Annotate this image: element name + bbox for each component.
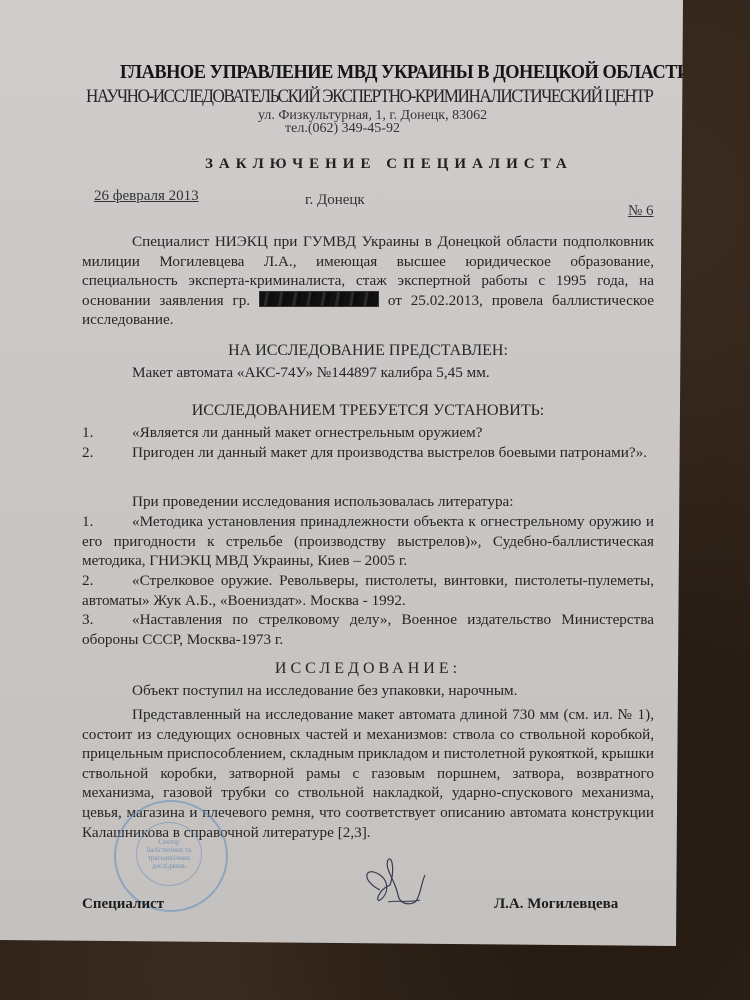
- signature-name: Л.А. Могилевцева: [494, 896, 618, 913]
- research-heading: ИССЛЕДОВАНИЕ:: [82, 660, 654, 678]
- intro-paragraph: Специалист НИЭКЦ при ГУМВД Украины в Дон…: [82, 232, 654, 330]
- document-title: ЗАКЛЮЧЕНИЕ СПЕЦИАЛИСТА: [205, 156, 573, 173]
- question-text: Пригоден ли данный макет для производств…: [132, 444, 647, 461]
- question-number: 1.: [82, 423, 132, 443]
- literature-item: 3.«Наставления по стрелковому делу», Вое…: [82, 610, 654, 649]
- question-item: 2.Пригоден ли данный макет для производс…: [82, 443, 654, 463]
- document-date: 26 февраля 2013: [94, 188, 199, 205]
- literature-intro: При проведении исследования использовала…: [82, 492, 654, 512]
- literature-number: 3.: [82, 610, 132, 630]
- center-header: НАУЧНО-ИССЛЕДОВАТЕЛЬСКИЙ ЭКСПЕРТНО-КРИМИ…: [86, 86, 652, 108]
- literature-number: 1.: [82, 512, 132, 532]
- submitted-heading: НА ИССЛЕДОВАНИЕ ПРЕДСТАВЛЕН:: [82, 342, 654, 360]
- literature-text: «Стрелковое оружие. Револьверы, пистолет…: [82, 572, 654, 609]
- submitted-text: Макет автомата «АКС-74У» №144897 калибра…: [82, 363, 654, 383]
- signature-role: Специалист: [82, 896, 164, 913]
- question-text: «Является ли данный макет огнестрельным …: [132, 424, 482, 441]
- ministry-header: ГЛАВНОЕ УПРАВЛЕНИЕ МВД УКРАИНЫ В ДОНЕЦКО…: [120, 62, 691, 84]
- literature-text: «Наставления по стрелковому делу», Военн…: [82, 611, 654, 648]
- document-page: ГЛАВНОЕ УПРАВЛЕНИЕ МВД УКРАИНЫ В ДОНЕЦКО…: [0, 0, 683, 946]
- question-item: 1.«Является ли данный макет огнестрельны…: [82, 423, 654, 443]
- literature-item: 2.«Стрелковое оружие. Револьверы, пистол…: [82, 571, 654, 610]
- literature-number: 2.: [82, 571, 132, 591]
- signature-icon: [350, 850, 440, 910]
- research-paragraph-1: Объект поступил на исследование без упак…: [82, 681, 654, 701]
- question-number: 2.: [82, 443, 132, 463]
- phone: тел.(062) 349-45-92: [285, 121, 400, 137]
- questions-heading: ИССЛЕДОВАНИЕМ ТРЕБУЕТСЯ УСТАНОВИТЬ:: [82, 402, 654, 420]
- literature-text: «Методика установления принадлежности об…: [82, 513, 654, 569]
- document-city: г. Донецк: [305, 192, 365, 209]
- stamp-inner-text: Сектор балістичних та трасологічних досл…: [136, 822, 202, 886]
- redaction-mark: [259, 291, 379, 307]
- literature-item: 1.«Методика установления принадлежности …: [82, 512, 654, 571]
- document-number: № 6: [628, 203, 654, 220]
